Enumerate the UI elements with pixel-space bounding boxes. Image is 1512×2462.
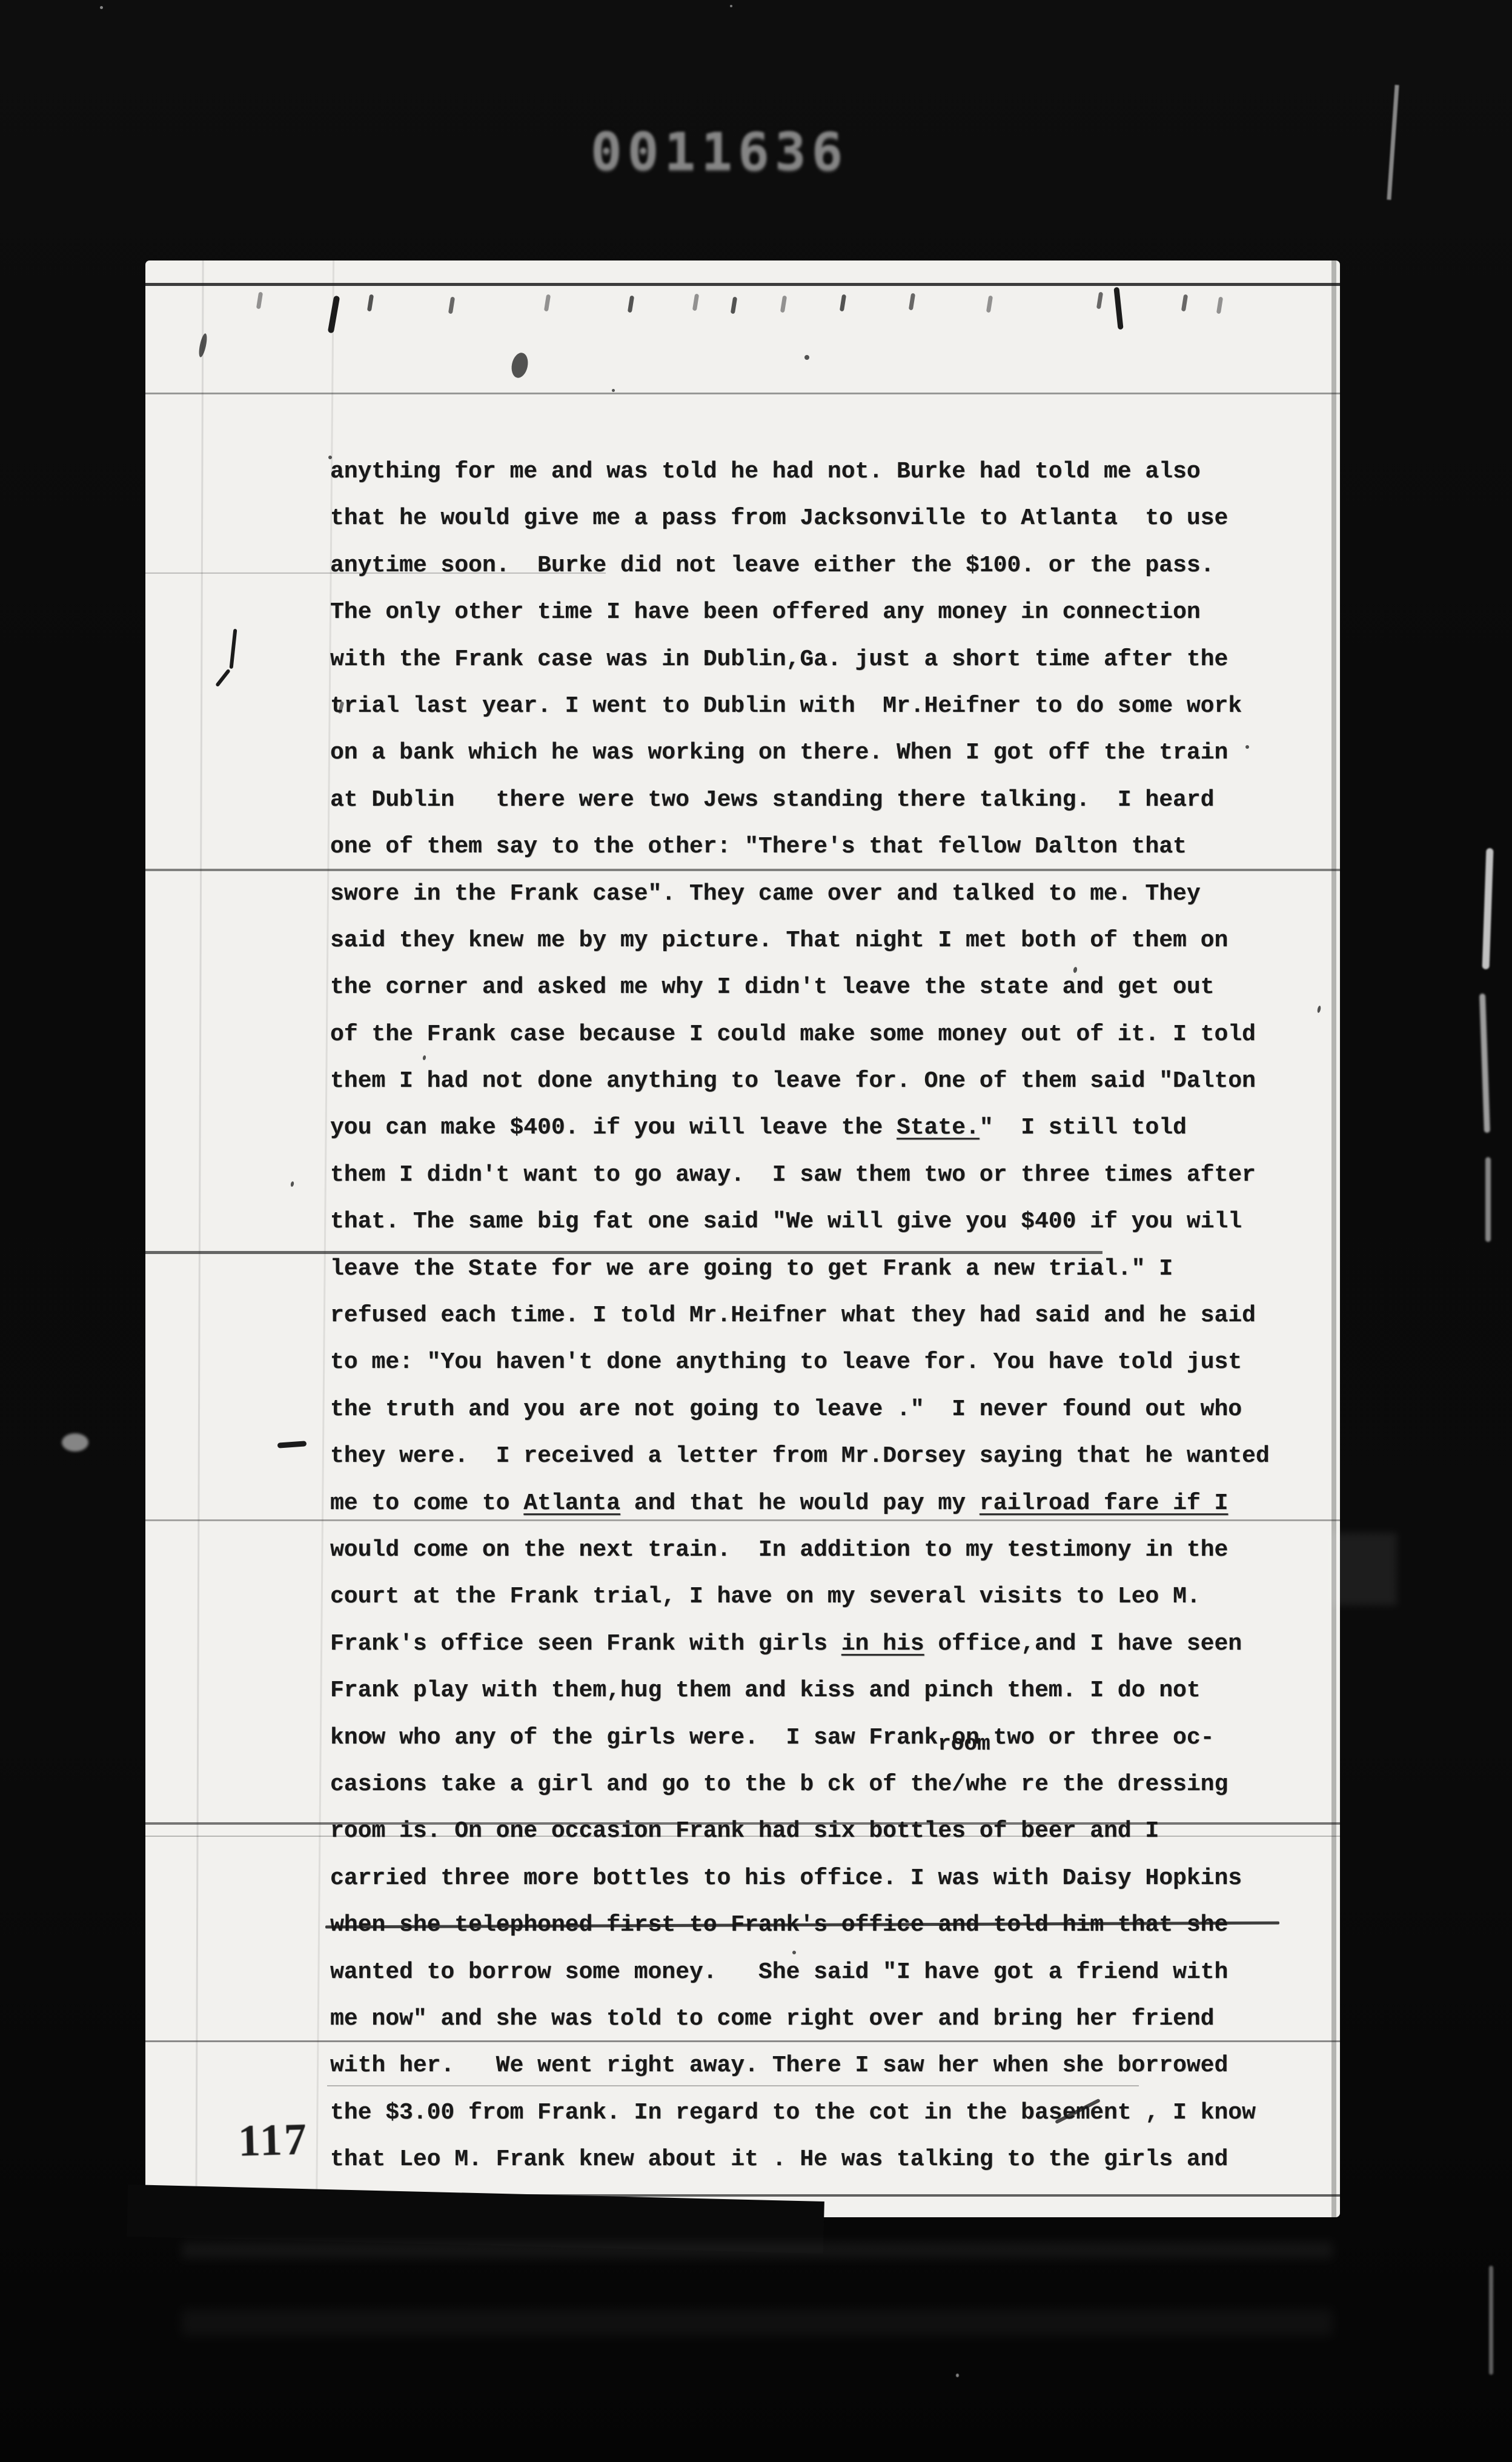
text-line: of the Frank case because I could make s… <box>330 1011 1348 1058</box>
photostat-stamp: 0011636 <box>591 126 848 178</box>
text-line: carried three more bottles to his office… <box>330 1855 1348 1902</box>
tick-mark <box>1181 294 1188 312</box>
film-scratch <box>1479 994 1490 1133</box>
pen-comma-mark <box>1113 287 1123 330</box>
ink-speck <box>612 389 615 392</box>
text-line: the truth and you are not going to leave… <box>330 1386 1348 1433</box>
text-line: me now" and she was told to come right o… <box>330 1996 1348 2042</box>
text-line: at Dublin there were two Jews standing t… <box>330 777 1348 823</box>
text-line: with the Frank case was in Dublin,Ga. ju… <box>330 636 1348 683</box>
text-line: to me: "You haven't done anything to lea… <box>330 1339 1348 1385</box>
text-line: they were. I received a letter from Mr.D… <box>330 1433 1348 1479</box>
tick-mark <box>909 293 915 311</box>
pen-underlined-text: in his <box>841 1631 924 1657</box>
fold-line <box>195 260 204 2217</box>
margin-gray-band <box>182 2309 1333 2336</box>
text-line: on a bank which he was working on there.… <box>330 729 1348 776</box>
tick-mark <box>780 296 787 313</box>
tick-mark <box>692 294 699 311</box>
tick-mark <box>731 297 737 314</box>
text-line: that he would give me a pass from Jackso… <box>330 495 1348 542</box>
margin-pen-stroke <box>230 629 237 669</box>
tick-mark <box>448 297 455 314</box>
ink-speck <box>328 456 332 459</box>
tick-mark <box>628 296 634 313</box>
film-speck <box>730 5 732 7</box>
photostat-film-background: 0011636 anything for me and was told he … <box>0 0 1512 2462</box>
text-line: me to come to Atlanta and that he would … <box>330 1480 1348 1527</box>
page-number: 117 <box>237 2117 309 2163</box>
text-line: said they knew me by my picture. That ni… <box>330 917 1348 964</box>
text-line: you can make $400. if you will leave the… <box>330 1104 1348 1151</box>
text-line: anytime soon. Burke did not leave either… <box>330 542 1348 589</box>
film-scratch <box>1387 85 1399 200</box>
text-line: that. The same big fat one said "We will… <box>330 1198 1348 1245</box>
text-line: the corner and asked me why I didn't lea… <box>330 964 1348 1010</box>
ink-speck <box>1245 745 1249 749</box>
film-scratch <box>1489 2266 1493 2375</box>
text-line: would come on the next train. In additio… <box>330 1527 1348 1573</box>
text-line: that Leo M. Frank knew about it . He was… <box>330 2136 1348 2183</box>
text-line: Frank's office seen Frank with girls in … <box>330 1621 1348 1667</box>
text-line: them I didn't want to go away. I saw the… <box>330 1152 1348 1198</box>
text-line: with her. We went right away. There I sa… <box>330 2042 1348 2089</box>
text-line: trial last year. I went to Dublin with M… <box>330 683 1348 729</box>
ink-speck <box>509 351 530 379</box>
top-rule <box>145 283 1340 286</box>
tick-mark <box>840 294 846 312</box>
margin-pen-stroke <box>215 669 231 687</box>
text-line: court at the Frank trial, I have on my s… <box>330 1573 1348 1620</box>
typewritten-text: anything for me and was told he had not.… <box>330 448 1348 2183</box>
document-page: anything for me and was told he had not.… <box>145 260 1340 2217</box>
text-line: one of them say to the other: "There's t… <box>330 823 1348 870</box>
interline-insertion: room <box>938 1733 990 1755</box>
film-speck <box>100 6 103 9</box>
text-line: leave the State for we are going to get … <box>330 1246 1348 1292</box>
text-line: them I had not done anything to leave fo… <box>330 1058 1348 1104</box>
margin-dash-mark <box>277 1441 307 1448</box>
tick-mark <box>256 292 263 310</box>
film-speck <box>956 2374 959 2377</box>
ink-speck <box>197 333 208 357</box>
text-line: room is. On one occasion Frank had six b… <box>330 1808 1348 1854</box>
text-line: when she telephoned first to Frank's off… <box>330 1902 1348 1948</box>
tick-mark <box>544 294 551 312</box>
text-line: refused each time. I told Mr.Heifner wha… <box>330 1292 1348 1339</box>
pen-underlined-text: Atlanta <box>523 1490 620 1516</box>
tick-mark <box>367 294 374 312</box>
text-line: swore in the Frank case". They came over… <box>330 871 1348 917</box>
film-scratch <box>1485 1157 1491 1242</box>
text-line: casions take a girl and go to the b ck o… <box>330 1761 1348 1808</box>
tick-mark <box>1216 297 1223 314</box>
tick-mark <box>1096 292 1103 310</box>
text-line: anything for me and was told he had not.… <box>330 448 1348 495</box>
pen-underlined-text: State. <box>897 1115 980 1141</box>
ink-speck <box>804 355 809 360</box>
second-rule <box>145 393 1340 394</box>
text-line: Frank play with them,hug them and kiss a… <box>330 1667 1348 1714</box>
film-scratch <box>1482 848 1494 969</box>
text-line: the $3.00 from Frank. In regard to the c… <box>330 2089 1348 2136</box>
text-line: The only other time I have been offered … <box>330 589 1348 635</box>
ink-speck <box>290 1181 294 1187</box>
pen-underlined-text: railroad fare if I <box>980 1490 1228 1516</box>
ink-speck <box>933 563 937 568</box>
film-blotch <box>62 1433 88 1452</box>
tick-mark <box>986 296 993 313</box>
ink-speck <box>792 1951 796 1954</box>
text-line: know who any of the girls were. I saw Fr… <box>330 1714 1348 1761</box>
text-line: wanted to borrow some money. She said "I… <box>330 1949 1348 1996</box>
